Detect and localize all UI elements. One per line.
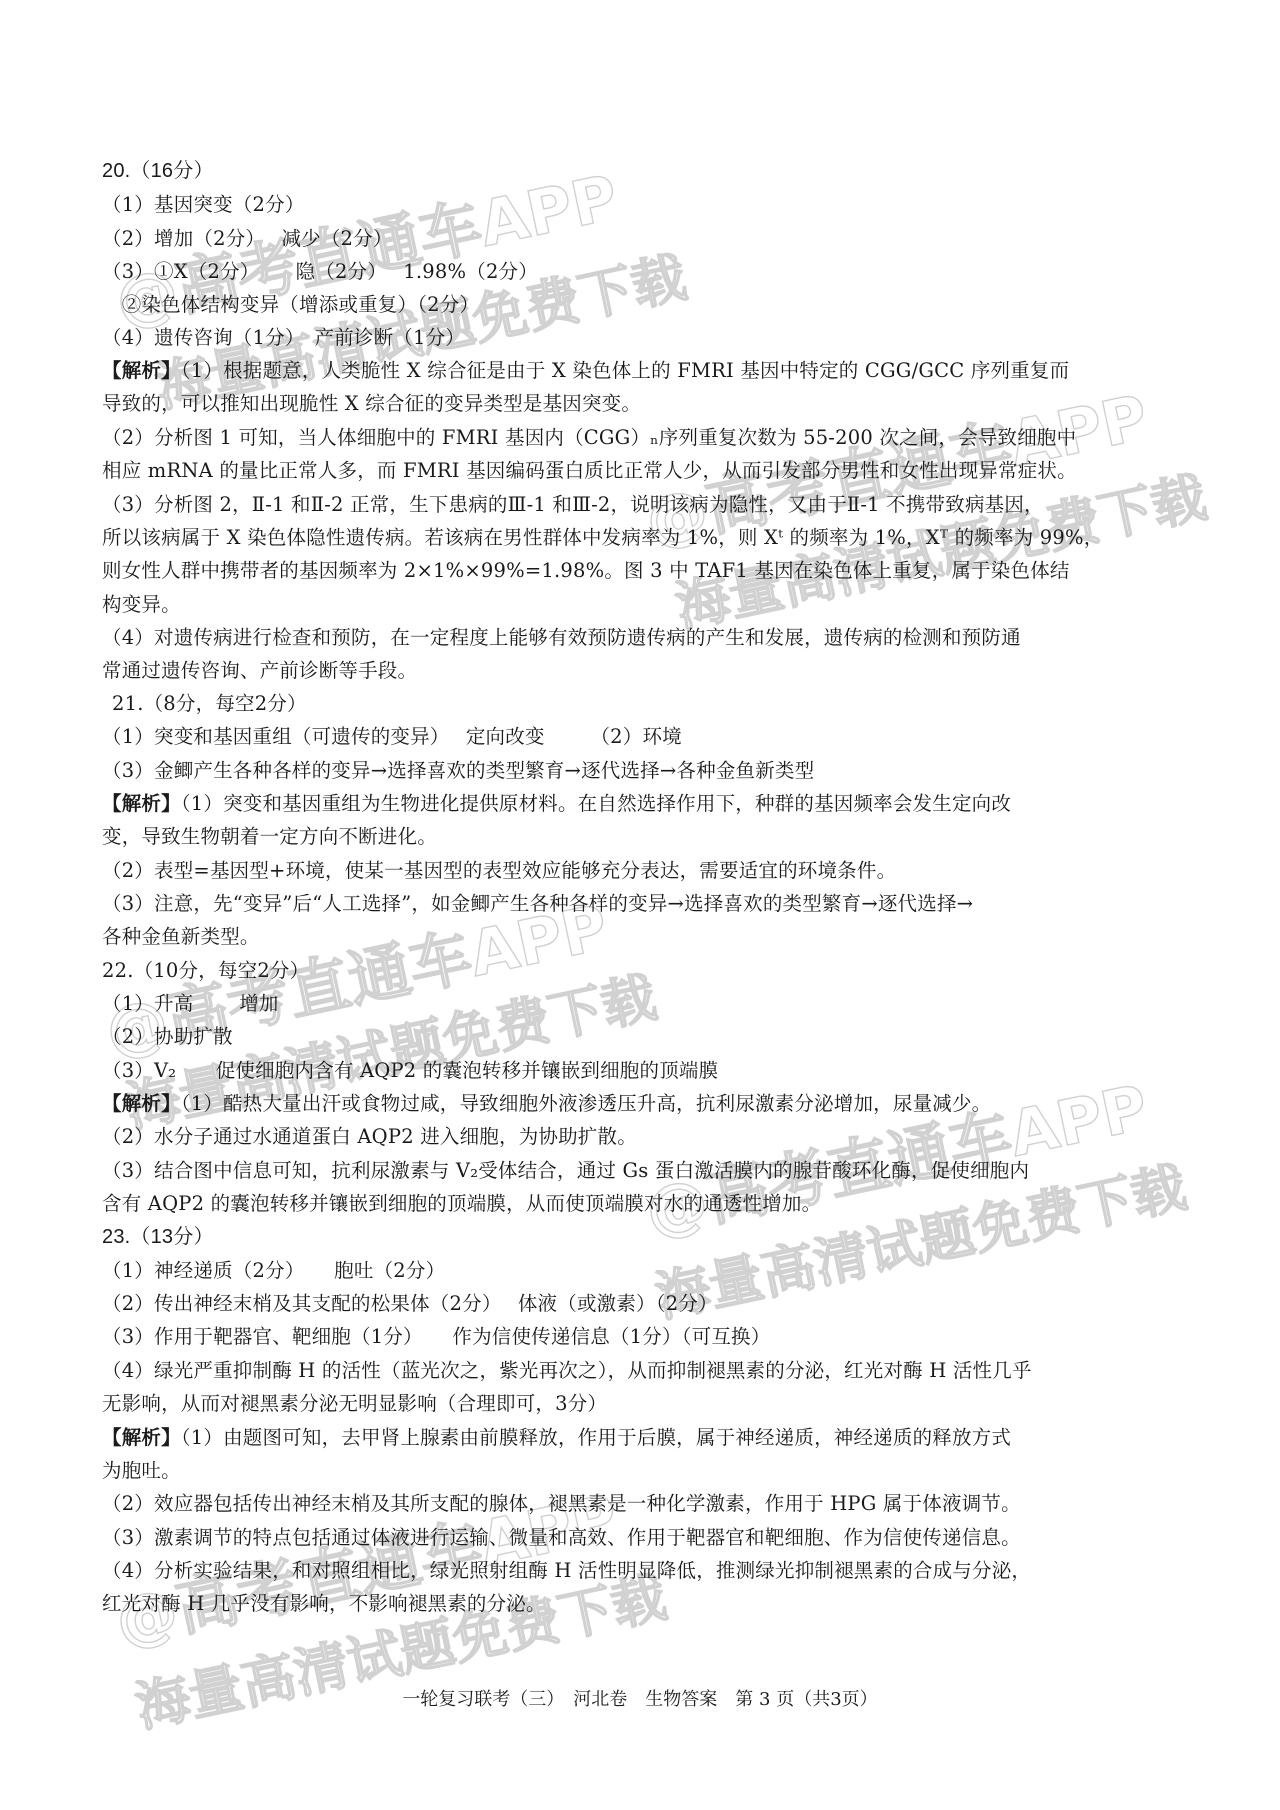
answer-key-page: @高考直通车APP 海量高清试题免费下载 @高考直通车APP 海量高清试题免费下… (0, 0, 1280, 1810)
q20-analysis-6: 所以该病属于 X 染色体隐性遗传病。若该病在男性群体中发病率为 1%，则 Xᵗ … (102, 524, 1182, 552)
q20-answer-2: （2）增加（2分） 减少（2分） (102, 225, 1182, 253)
analysis-text: （1）酷热大量出汗或食物过咸，导致细胞外液渗透压升高，抗利尿激素分泌增加，尿量减… (181, 1092, 992, 1115)
q20-analysis-5: （3）分析图 2，Ⅱ-1 和Ⅱ-2 正常，生下患病的Ⅲ-1 和Ⅲ-2，说明该病为… (102, 491, 1182, 519)
q23-analysis-1: 【解析】（1）由题图可知，去甲肾上腺素由前膜释放，作用于后膜，属于神经递质，神经… (102, 1424, 1182, 1452)
q22-answer-2: （2）协助扩散 (102, 1023, 1182, 1051)
q21-answer-1: （1）突变和基因重组（可遗传的变异） 定向改变 （2）环境 (102, 723, 1182, 751)
question-22-header: 22.（10分，每空2分） (102, 957, 1182, 985)
q23-answer-3: （3）作用于靶器官、靶细胞（1分） 作为信使传递信息（1分）（可互换） (102, 1323, 1182, 1351)
q20-analysis-8: 构变异。 (102, 591, 1182, 619)
q22-analysis-4: 含有 AQP2 的囊泡转移并镶嵌到细胞的顶端膜，从而使顶端膜对水的通透性增加。 (102, 1190, 1182, 1218)
q23-analysis-6: 红光对酶 H 几乎没有影响，不影响褪黑素的分泌。 (102, 1590, 1182, 1618)
q23-answer-2: （2）传出神经末梢及其支配的松果体（2分） 体液（或激素）（2分） (102, 1290, 1182, 1318)
q20-answer-3b: ②染色体结构变异（增添或重复）（2分） (102, 291, 1182, 319)
q20-analysis-1: 【解析】（1）根据题意，人类脆性 X 综合征是由于 X 染色体上的 FMRI 基… (102, 357, 1182, 385)
analysis-tag: 【解析】 (102, 792, 181, 815)
q20-answer-4: （4）遗传咨询（1分） 产前诊断（1分） (102, 324, 1182, 352)
q20-analysis-10: 常通过遗传咨询、产前诊断等手段。 (102, 657, 1182, 685)
analysis-text: （1）根据题意，人类脆性 X 综合征是由于 X 染色体上的 FMRI 基因中特定… (181, 359, 1069, 382)
q20-analysis-3: （2）分析图 1 可知，当人体细胞中的 FMRI 基因内（CGG）ₙ序列重复次数… (102, 424, 1182, 452)
q21-analysis-5: 各种金鱼新类型。 (102, 923, 1182, 951)
q23-analysis-3: （2）效应器包括传出神经末梢及其所支配的腺体，褪黑素是一种化学激素，作用于 HP… (102, 1490, 1182, 1518)
q20-answer-3: （3）①X（2分） 隐（2分） 1.98%（2分） (102, 258, 1182, 286)
analysis-tag: 【解析】 (102, 1092, 181, 1115)
q20-answer-1: （1）基因突变（2分） (102, 191, 1182, 219)
q22-answer-1: （1）升高 增加 (102, 990, 1182, 1018)
page-footer: 一轮复习联考（三） 河北卷 生物答案 第 3 页（共3页） (0, 1687, 1280, 1713)
q21-analysis-2: 变，导致生物朝着一定方向不断进化。 (102, 823, 1182, 851)
q21-analysis-4: （3）注意，先“变异”后“人工选择”，如金鲫产生各种各样的变异→选择喜欢的类型繁… (102, 890, 1182, 918)
q23-answer-4: （4）绿光严重抑制酶 H 的活性（蓝光次之，紫光再次之），从而抑制褪黑素的分泌，… (102, 1357, 1182, 1385)
analysis-tag: 【解析】 (102, 1426, 181, 1449)
q22-analysis-3: （3）结合图中信息可知，抗利尿激素与 V₂受体结合，通过 Gs 蛋白激活膜内的腺… (102, 1157, 1182, 1185)
q20-analysis-4: 相应 mRNA 的量比正常人多，而 FMRI 基因编码蛋白质比正常人少，从而引发… (102, 457, 1182, 485)
q22-analysis-1: 【解析】（1）酷热大量出汗或食物过咸，导致细胞外液渗透压升高，抗利尿激素分泌增加… (102, 1090, 1182, 1118)
q21-analysis-1: 【解析】（1）突变和基因重组为生物进化提供原材料。在自然选择作用下，种群的基因频… (102, 790, 1182, 818)
question-23-header: 23.（13分） (102, 1223, 1182, 1251)
q21-answer-2: （3）金鲫产生各种各样的变异→选择喜欢的类型繁育→逐代选择→各种金鱼新类型 (102, 757, 1182, 785)
q21-analysis-3: （2）表型=基因型+环境，使某一基因型的表型效应能够充分表达，需要适宜的环境条件… (102, 857, 1182, 885)
q20-analysis-7: 则女性人群中携带者的基因频率为 2×1%×99%=1.98%。图 3 中 TAF… (102, 557, 1182, 585)
question-20-header: 20.（16分） (102, 157, 1182, 185)
q22-analysis-2: （2）水分子通过水通道蛋白 AQP2 进入细胞，为协助扩散。 (102, 1123, 1182, 1151)
q20-analysis-9: （4）对遗传病进行检查和预防，在一定程度上能够有效预防遗传病的产生和发展，遗传病… (102, 624, 1182, 652)
analysis-text: （1）由题图可知，去甲肾上腺素由前膜释放，作用于后膜，属于神经递质，神经递质的释… (181, 1426, 1011, 1449)
analysis-text: （1）突变和基因重组为生物进化提供原材料。在自然选择作用下，种群的基因频率会发生… (181, 792, 1011, 815)
q23-answer-1: （1）神经递质（2分） 胞吐（2分） (102, 1257, 1182, 1285)
q23-analysis-5: （4）分析实验结果，和对照组相比，绿光照射组酶 H 活性明显降低，推测绿光抑制褪… (102, 1557, 1182, 1585)
q22-answer-3: （3）V₂ 促使细胞内含有 AQP2 的囊泡转移并镶嵌到细胞的顶端膜 (102, 1057, 1182, 1085)
question-21-header: 21.（8分，每空2分） (112, 690, 1192, 718)
q23-analysis-4: （3）激素调节的特点包括通过体液进行运输、微量和高效、作用于靶器官和靶细胞、作为… (102, 1524, 1182, 1552)
analysis-tag: 【解析】 (102, 359, 181, 382)
q23-answer-4b: 无影响，从而对褪黑素分泌无明显影响（合理即可，3分） (102, 1390, 1182, 1418)
q23-analysis-2: 为胞吐。 (102, 1457, 1182, 1485)
q20-analysis-2: 导致的，可以推知出现脆性 X 综合征的变异类型是基因突变。 (102, 390, 1182, 418)
